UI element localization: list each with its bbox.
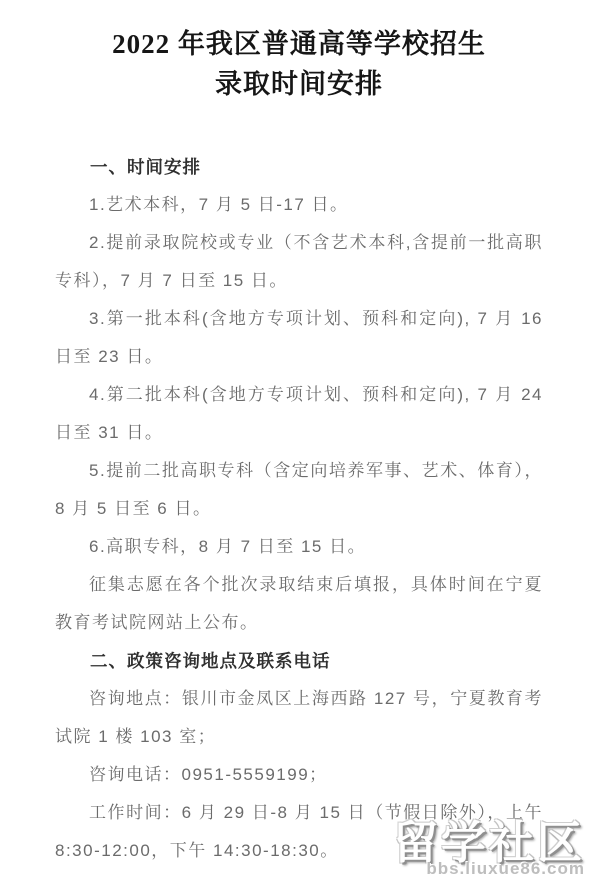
document-page: 2022 年我区普通高等学校招生 录取时间安排 一、时间安排 1.艺术本科，7 …: [0, 0, 591, 886]
contact-phone: 咨询电话：0951-5559199；: [55, 756, 543, 794]
schedule-item-4: 4.第二批本科(含地方专项计划、预科和定向), 7 月 24 日至 31 日。: [55, 376, 543, 452]
document-body: 一、时间安排 1.艺术本科，7 月 5 日-17 日。 2.提前录取院校或专业（…: [55, 148, 543, 870]
schedule-item-2: 2.提前录取院校或专业（不含艺术本科,含提前一批高职专科），7 月 7 日至 1…: [55, 224, 543, 300]
contact-address: 咨询地点：银川市金凤区上海西路 127 号，宁夏教育考试院 1 楼 103 室；: [55, 680, 543, 756]
contact-hours: 工作时间：6 月 29 日-8 月 15 日（节假日除外），上午 8:30-12…: [55, 794, 543, 870]
schedule-item-3: 3.第一批本科(含地方专项计划、预科和定向), 7 月 16 日至 23 日。: [55, 300, 543, 376]
document-title: 2022 年我区普通高等学校招生 录取时间安排: [55, 24, 543, 104]
schedule-item-1: 1.艺术本科，7 月 5 日-17 日。: [55, 186, 543, 224]
schedule-item-5: 5.提前二批高职专科（含定向培养军事、艺术、体育），8 月 5 日至 6 日。: [55, 452, 543, 528]
schedule-item-6: 6.高职专科，8 月 7 日至 15 日。: [55, 528, 543, 566]
section-heading-contact: 二、政策咨询地点及联系电话: [55, 642, 543, 680]
document-title-line1: 2022 年我区普通高等学校招生: [112, 29, 486, 59]
document-title-line2: 录取时间安排: [215, 69, 383, 99]
section-heading-schedule: 一、时间安排: [55, 148, 543, 186]
schedule-note: 征集志愿在各个批次录取结束后填报，具体时间在宁夏教育考试院网站上公布。: [55, 566, 543, 642]
